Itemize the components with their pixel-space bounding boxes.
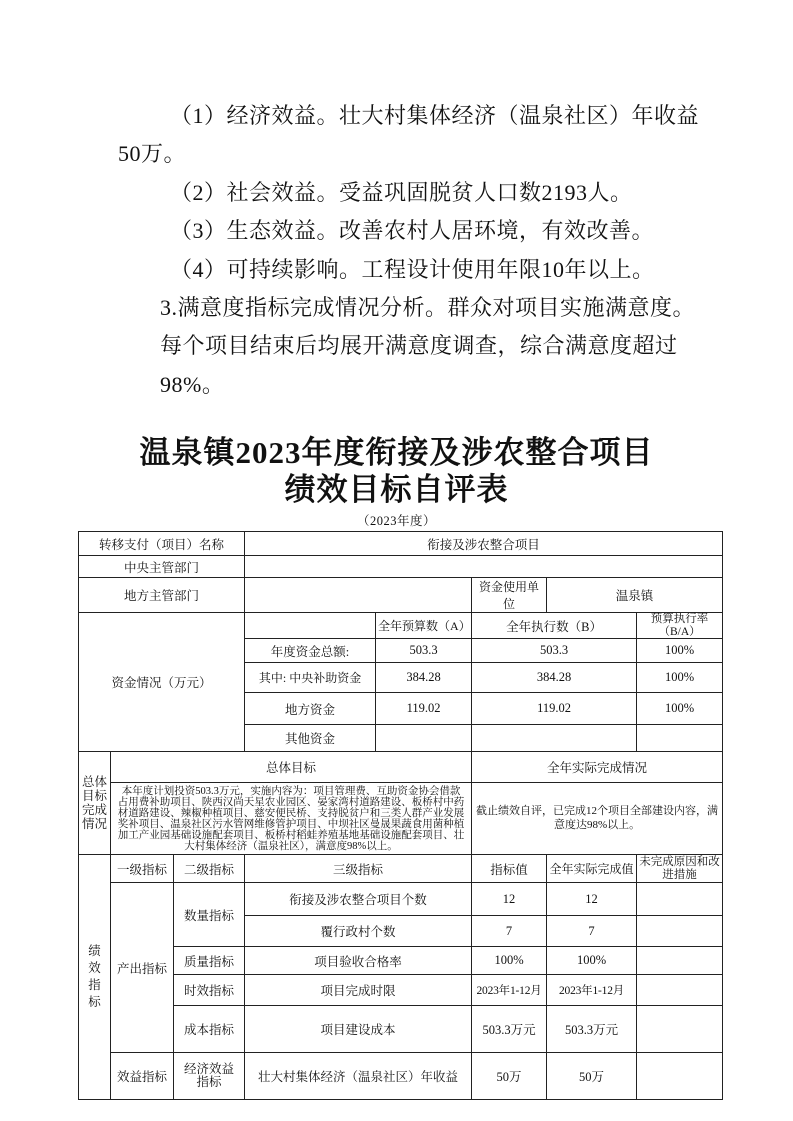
intro-line-social: （2）社会效益。受益巩固脱贫人口数2193人。 (118, 174, 708, 212)
indicator-reason-cost (637, 1006, 723, 1053)
intro-paragraphs: （1）经济效益。壮大村集体经济（温泉社区）年收益 50万。 （2）社会效益。受益… (118, 97, 708, 404)
indicator-name-acceptance: 项目验收合格率 (245, 947, 472, 975)
funds-central-exec: 384.28 (472, 663, 637, 693)
indicator-name-villages: 覆行政村个数 (245, 916, 472, 947)
indicator-group-output: 产出指标 (111, 883, 174, 1053)
fund-user-value: 温泉镇 (547, 578, 723, 613)
funds-local-exec: 119.02 (472, 693, 637, 725)
indicator-reason-deadline (637, 975, 723, 1006)
indicator-target-deadline: 2023年1-12月 (472, 975, 547, 1006)
funds-budget-header: 全年预算数（A） (376, 613, 472, 639)
intro-line-economic: （1）经济效益。壮大村集体经济（温泉社区）年收益 (118, 97, 708, 135)
overall-goal-text: 本年度计划投资503.3万元，实施内容为：项目管理费、互助资金协会借款 占用费补… (111, 783, 472, 855)
title-year-subtitle: （2023年度） (0, 511, 793, 529)
funds-total-budget: 503.3 (376, 639, 472, 663)
transfer-name-label: 转移支付（项目）名称 (79, 532, 245, 556)
intro-line-satisfaction-pct: 98%。 (118, 366, 708, 404)
indicators-section-label: 绩 效 指 标 (79, 855, 111, 1100)
local-dept-label: 地方主管部门 (79, 578, 245, 613)
title-line-1: 温泉镇2023年度衔接及涉农整合项目 (0, 434, 793, 471)
intro-line-sustainability: （4）可持续影响。工程设计使用年限10年以上。 (118, 251, 708, 289)
document-page: （1）经济效益。壮大村集体经济（温泉社区）年收益 50万。 （2）社会效益。受益… (0, 0, 793, 1121)
funds-local-budget: 119.02 (376, 693, 472, 725)
local-dept-value (245, 578, 472, 613)
indicators-actual-header: 全年实际完成值 (547, 855, 637, 883)
document-title: 温泉镇2023年度衔接及涉农整合项目 绩效目标自评表 （2023年度） (0, 434, 793, 529)
indicator-actual-deadline: 2023年1-12月 (547, 975, 637, 1006)
indicator-group-benefit: 效益指标 (111, 1053, 174, 1100)
funds-other-label: 其他资金 (245, 725, 376, 752)
indicator-reason-villages (637, 916, 723, 947)
indicator-sub-cost: 成本指标 (174, 1006, 245, 1053)
indicators-target-header: 指标值 (472, 855, 547, 883)
overall-actual-header: 全年实际完成情况 (472, 752, 723, 783)
funds-central-budget: 384.28 (376, 663, 472, 693)
indicator-target-cost: 503.3万元 (472, 1006, 547, 1053)
funds-central-rate: 100% (637, 663, 723, 693)
indicator-name-projects: 衔接及涉农整合项目个数 (245, 883, 472, 916)
indicator-actual-cost: 503.3万元 (547, 1006, 637, 1053)
indicator-actual-villages: 7 (547, 916, 637, 947)
intro-line-satisfaction-cont: 每个项目结束后均展开满意度调查，综合满意度超过 (118, 327, 708, 365)
indicator-reason-projects (637, 883, 723, 916)
funds-total-rate: 100% (637, 639, 723, 663)
indicator-sub-economic: 经济效益 指标 (174, 1053, 245, 1100)
indicator-name-cost: 项目建设成本 (245, 1006, 472, 1053)
funds-central-label: 其中: 中央补助资金 (245, 663, 376, 693)
indicator-target-villages: 7 (472, 916, 547, 947)
funds-other-rate (637, 725, 723, 752)
central-dept-value (245, 556, 723, 578)
funds-exec-header: 全年执行数（B） (472, 613, 637, 639)
indicator-target-projects: 12 (472, 883, 547, 916)
funds-local-rate: 100% (637, 693, 723, 725)
intro-line-ecological: （3）生态效益。改善农村人居环境，有效改善。 (118, 212, 708, 250)
overall-section-label: 总体 目标 完成 情况 (79, 752, 111, 855)
indicator-target-income: 50万 (472, 1053, 547, 1100)
funds-other-budget (376, 725, 472, 752)
indicator-actual-income: 50万 (547, 1053, 637, 1100)
indicators-reason-header: 未完成原因和改进措施 (637, 855, 723, 883)
indicators-l1-header: 一级指标 (111, 855, 174, 883)
funds-other-exec (472, 725, 637, 752)
indicator-actual-projects: 12 (547, 883, 637, 916)
indicator-reason-acceptance (637, 947, 723, 975)
funds-blank-header (245, 613, 376, 639)
indicator-actual-acceptance: 100% (547, 947, 637, 975)
funds-local-label: 地方资金 (245, 693, 376, 725)
overall-goal-header: 总体目标 (111, 752, 472, 783)
overall-actual-text: 截止绩效自评，已完成12个项目全部建设内容，满意度达98%以上。 (472, 783, 723, 855)
funds-total-exec: 503.3 (472, 639, 637, 663)
self-evaluation-table: 转移支付（项目）名称 衔接及涉农整合项目 中央主管部门 地方主管部门 资金使用单… (78, 531, 723, 1100)
indicators-l2-header: 二级指标 (174, 855, 245, 883)
central-dept-label: 中央主管部门 (79, 556, 245, 578)
title-line-2: 绩效目标自评表 (0, 471, 793, 508)
intro-line-economic-cont: 50万。 (118, 135, 708, 173)
funds-rate-header: 预算执行率 （B/A） (637, 613, 723, 639)
indicator-reason-income (637, 1053, 723, 1100)
indicator-target-acceptance: 100% (472, 947, 547, 975)
indicator-name-deadline: 项目完成时限 (245, 975, 472, 1006)
indicator-sub-quality: 质量指标 (174, 947, 245, 975)
indicator-sub-quantity: 数量指标 (174, 883, 245, 947)
indicator-sub-time: 时效指标 (174, 975, 245, 1006)
indicators-l3-header: 三级指标 (245, 855, 472, 883)
fund-user-label: 资金使用单位 (472, 578, 547, 613)
funds-total-label: 年度资金总额: (245, 639, 376, 663)
intro-line-satisfaction: 3.满意度指标完成情况分析。群众对项目实施满意度。 (118, 289, 708, 327)
transfer-name-value: 衔接及涉农整合项目 (245, 532, 723, 556)
indicator-name-income: 壮大村集体经济（温泉社区）年收益 (245, 1053, 472, 1100)
funds-section-label: 资金情况（万元） (79, 613, 245, 752)
